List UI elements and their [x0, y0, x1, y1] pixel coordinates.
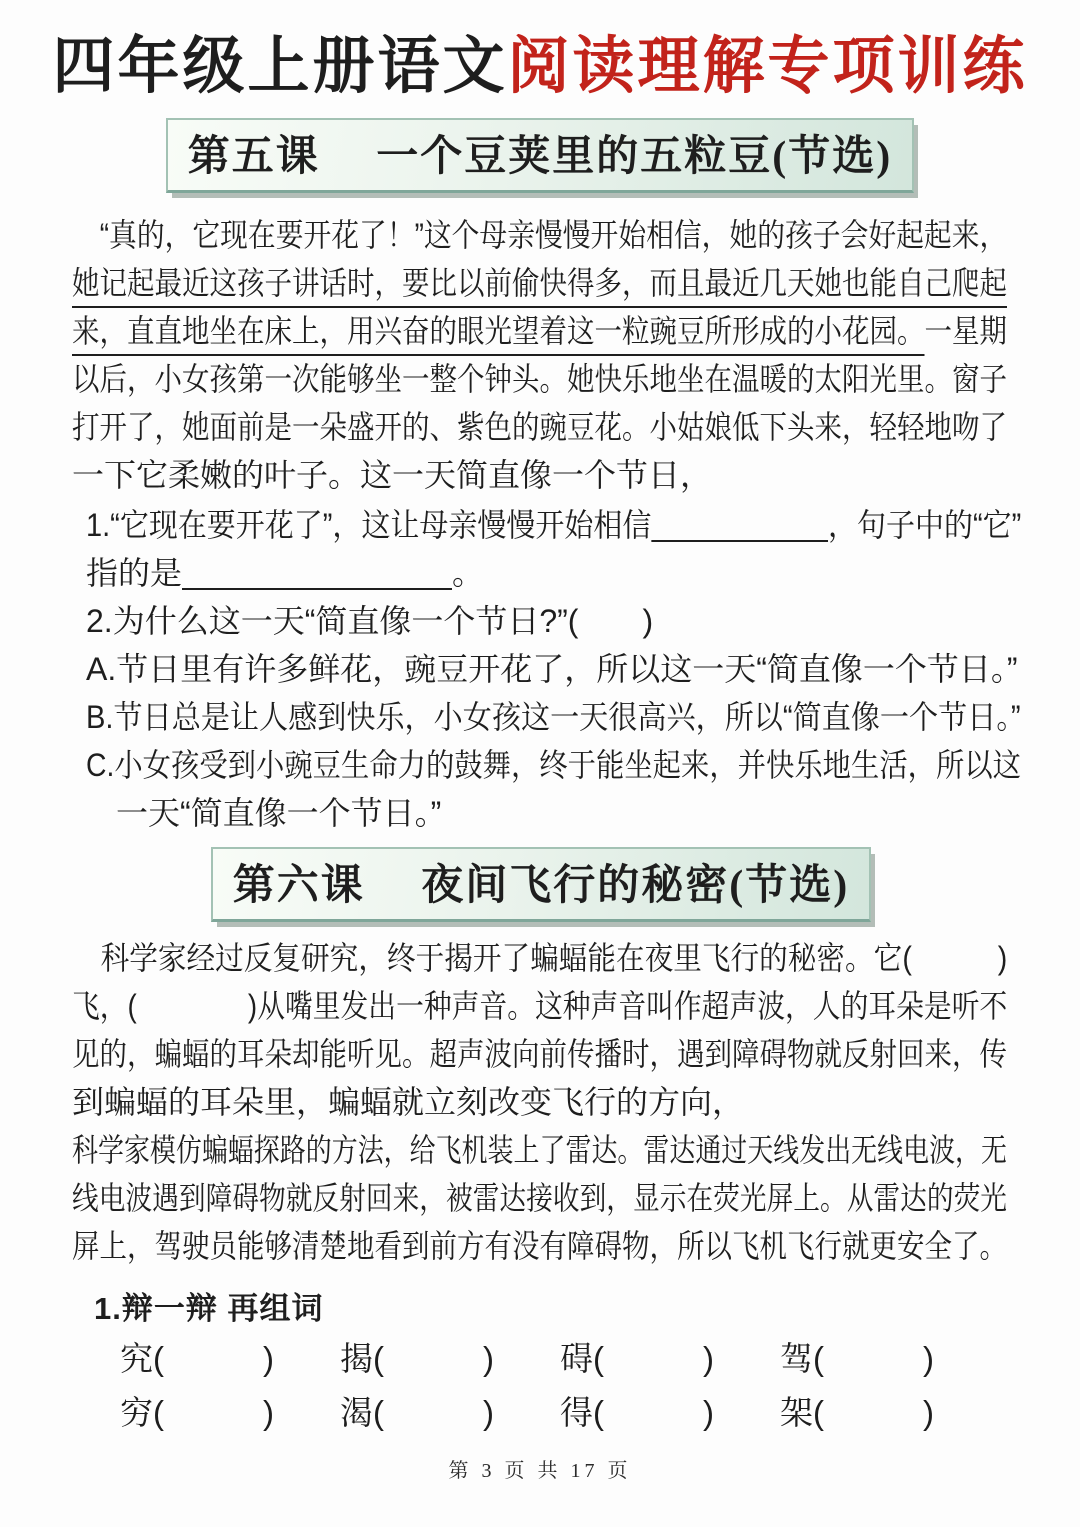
passage-text: 见的，蝙蝠的耳朵却能听见。超声波向前传播时，遇到障碍物就反射回来，传	[72, 1036, 1007, 1072]
question-2: 2.为什么这一天“简直像一个节日?”( )	[86, 597, 1021, 645]
passage-text: 一下它柔嫩的叶子。这一天简直像一个节日，	[72, 457, 712, 493]
passage-line: 到蝙蝠的耳朵里，蝙蝠就立刻改变飞行的方向，	[72, 1078, 1007, 1126]
passage-line: 科学家经过反复研究，终于揭开了蝙蝠能在夜里飞行的秘密。它( )	[72, 934, 909, 982]
page-content: “真的，它现在要开花了！”这个母亲慢慢开始相信，她的孩子会好起起来， 她记起最近…	[0, 211, 1080, 1438]
passage-line: 以后，小女孩第一次能够坐一整个钟头。她快乐地坐在温暖的太阳光里。窗子	[72, 355, 876, 403]
passage-line: 她记起最近这孩子讲话时，要比以前偷快得多，而且最近几天她也能自己爬起	[72, 259, 876, 307]
exercise-title: 1.辩一辩 再组词	[72, 1284, 1010, 1334]
word-grid: 究( ) 揭( ) 碍( ) 驾( ) 穷( ) 渴( ) 得( ) 架( )	[72, 1334, 1010, 1438]
worksheet-page: 四年级上册语文阅读理解专项训练 第五课 一个豆荚里的五粒豆(节选) “真的，它现…	[0, 0, 1080, 1527]
page-number: 第 3 页 共 17 页	[0, 1454, 1080, 1483]
page-title-black: 四年级上册语文	[52, 33, 507, 101]
fill-in-blank	[651, 510, 828, 542]
passage-line: 飞，( )从嘴里发出一种声音。这种声音叫作超声波，人的耳朵是听不	[72, 982, 884, 1030]
passage-underlined-text: 她记起最近这孩子讲话时，要比以前偷快得多，而且最近几天她也能自己爬起	[72, 265, 1007, 308]
passage-text: 到蝙蝠的耳朵里，蝙蝠就立刻改变飞行的方向，	[72, 1084, 744, 1120]
word-cell: 揭( )	[340, 1334, 560, 1384]
lesson6-passage: 科学家经过反复研究，终于揭开了蝙蝠能在夜里飞行的秘密。它( ) 飞，( )从嘴里…	[72, 934, 1010, 1270]
passage-text: 以后，小女孩第一次能够坐一整个钟头。她快乐地坐在温暖的太阳光里。窗子	[72, 361, 1007, 397]
word-cell: 得( )	[560, 1388, 780, 1438]
option-line: C.小女孩受到小豌豆生命力的鼓舞，终于能坐起来，并快乐地生活，所以这	[86, 741, 914, 789]
passage-text: “真的，它现在要开花了！”这个母亲慢慢开始相信，她的孩子会好起起来，	[100, 217, 1008, 253]
option-line: B.节日总是让人感到快乐，小女孩这一天很高兴，所以“简直像一个节日。”	[86, 693, 936, 741]
passage-text: 飞，( )从嘴里发出一种声音。这种声音叫作超声波，人的耳朵是听不	[72, 988, 1007, 1024]
page-title-red: 阅读理解专项训练	[508, 33, 1028, 101]
question-1-text: 。	[452, 555, 484, 591]
lesson6-header: 第六课 夜间飞行的秘密(节选)	[211, 847, 871, 922]
fill-in-blank	[182, 558, 452, 590]
question-2-options: A.节日里有许多鲜花，豌豆开花了，所以这一天“简直像一个节日。” B.节日总是让…	[86, 645, 1010, 837]
word-cell: 架( )	[780, 1388, 1000, 1438]
passage-line: 见的，蝙蝠的耳朵却能听见。超声波向前传播时，遇到障碍物就反射回来，传	[72, 1030, 876, 1078]
passage-text: 科学家经过反复研究，终于揭开了蝙蝠能在夜里飞行的秘密。它( )	[101, 940, 1008, 976]
passage-text: 科学家模仿蝙蝠探路的方法，给飞机装上了雷达。雷达通过天线发出无线电波，无	[72, 1132, 1007, 1168]
word-cell: 穷( )	[120, 1388, 340, 1438]
passage-line: 屏上，驾驶员能够清楚地看到前方有没有障碍物，所以飞机飞行就更安全了。	[72, 1222, 876, 1270]
passage-underlined-text: 来，直直地坐在床上，用兴奋的眼光望着这一粒豌豆所形成的小花园。	[72, 313, 925, 356]
lesson5-header: 第五课 一个豆荚里的五粒豆(节选)	[166, 118, 914, 193]
word-cell: 碍( )	[560, 1334, 780, 1384]
question-1-text: 1.“它现在要开花了”，这让母亲慢慢开始相信	[86, 507, 651, 543]
passage-line: 科学家模仿蝙蝠探路的方法，给飞机装上了雷达。雷达通过天线发出无线电波，无	[72, 1126, 831, 1174]
lesson5-questions: 1.“它现在要开花了”，这让母亲慢慢开始相信，句子中的“它” 指的是。 2.为什…	[72, 501, 1010, 837]
passage-text: 线电波遇到障碍物就反射回来，被雷达接收到，显示在荧光屏上。从雷达的荧光	[72, 1180, 1007, 1216]
word-cell: 渴( )	[340, 1388, 560, 1438]
passage-line: 一下它柔嫩的叶子。这一天简直像一个节日，	[72, 451, 1007, 499]
option-line: 一天“简直像一个节日。”	[86, 789, 1051, 837]
passage-line: 线电波遇到障碍物就反射回来，被雷达接收到，显示在荧光屏上。从雷达的荧光	[72, 1174, 853, 1222]
lesson5-header-wrap: 第五课 一个豆荚里的五粒豆(节选)	[0, 118, 1080, 193]
passage-text: 一星期	[925, 313, 1008, 349]
lesson6-header-wrap: 第六课 夜间飞行的秘密(节选)	[72, 847, 1010, 922]
page-title: 四年级上册语文阅读理解专项训练	[0, 28, 1080, 106]
word-cell: 驾( )	[780, 1334, 1000, 1384]
passage-line: “真的，它现在要开花了！”这个母亲慢慢开始相信，她的孩子会好起起来，	[72, 211, 884, 259]
passage-text: 屏上，驾驶员能够清楚地看到前方有没有障碍物，所以飞机飞行就更安全了。	[72, 1228, 1007, 1264]
lesson5-passage: “真的，它现在要开花了！”这个母亲慢慢开始相信，她的孩子会好起起来， 她记起最近…	[72, 211, 1010, 499]
word-cell: 究( )	[120, 1334, 340, 1384]
passage-line: 来，直直地坐在床上，用兴奋的眼光望着这一粒豌豆所形成的小花园。一星期	[72, 307, 876, 355]
question-1-text: 指的是	[86, 555, 182, 591]
question-1-line-1: 1.“它现在要开花了”，这让母亲慢慢开始相信，句子中的“它”	[86, 501, 933, 549]
passage-line: 打开了，她面前是一朵盛开的、紫色的豌豆花。小姑娘低下头来，轻轻地吻了	[72, 403, 876, 451]
passage-text: 打开了，她面前是一朵盛开的、紫色的豌豆花。小姑娘低下头来，轻轻地吻了	[72, 409, 1007, 445]
question-1-text: ，句子中的“它”	[828, 507, 1021, 543]
question-1-line-2: 指的是。	[86, 549, 1021, 597]
option-line: A.节日里有许多鲜花，豌豆开花了，所以这一天“简直像一个节日。”	[86, 645, 1021, 693]
